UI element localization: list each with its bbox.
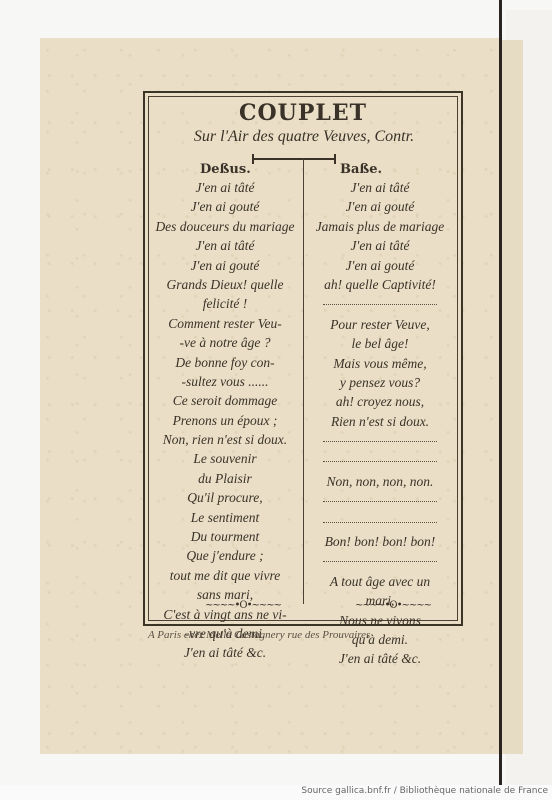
dotted-rest-line xyxy=(323,431,437,442)
dessus-line: tout me dit que vivre xyxy=(150,566,300,585)
dessus-line: Ce seroit dommage xyxy=(150,391,300,410)
dessus-line: Non, rien n'est si doux. xyxy=(150,430,300,449)
air-subtitle: Sur l'Air des quatre Veuves, Contr. xyxy=(150,128,458,146)
dessus-line: Grands Dieux! quelle xyxy=(150,275,300,294)
voice-bracket xyxy=(252,158,336,160)
basse-line: y pensez vous? xyxy=(305,373,455,392)
basse-line: Non, non, non, non. xyxy=(305,472,455,491)
ornament-left: ~~~~•O•~~~~ xyxy=(205,600,281,611)
column-divider xyxy=(303,159,304,604)
basse-line: ah! quelle Captivité! xyxy=(305,275,455,294)
dessus-column: J'en ai tâtéJ'en ai goutéDes douceurs du… xyxy=(150,178,300,663)
basse-line: J'en ai tâté xyxy=(305,236,455,255)
dessus-line: Le sentiment xyxy=(150,508,300,527)
dotted-rest-line xyxy=(323,294,437,305)
dessus-line: J'en ai tâté xyxy=(150,178,300,197)
basse-heading: Baße. xyxy=(340,162,382,177)
dotted-rest-line xyxy=(323,512,437,523)
dessus-line: du Plaisir xyxy=(150,469,300,488)
basse-line: J'en ai gouté xyxy=(305,256,455,275)
dessus-line: Du tourment xyxy=(150,527,300,546)
dessus-line: J'en ai tâté xyxy=(150,236,300,255)
dotted-rest-line xyxy=(323,451,437,462)
dessus-line: J'en ai gouté xyxy=(150,197,300,216)
basse-line: Pour rester Veuve, xyxy=(305,315,455,334)
basse-line: Mais vous même, xyxy=(305,354,455,373)
dessus-line: -sultez vous ...... xyxy=(150,372,300,391)
basse-line: ah! croyez nous, xyxy=(305,392,455,411)
binding-edge xyxy=(499,0,502,785)
dessus-line: Que j'endure ; xyxy=(150,546,300,565)
basse-line: J'en ai tâté &c. xyxy=(305,649,455,668)
basse-line: J'en ai tâté xyxy=(305,178,455,197)
dotted-rest-line xyxy=(323,551,437,562)
dotted-rest-line xyxy=(323,491,437,502)
dessus-line: Des douceurs du mariage xyxy=(150,217,300,236)
voice-bracket-left-tick xyxy=(252,154,254,164)
basse-line: A tout âge avec un xyxy=(305,572,455,591)
dessus-line: Qu'il procure, xyxy=(150,488,300,507)
basse-column: J'en ai tâtéJ'en ai goutéJamais plus de … xyxy=(305,178,455,669)
dessus-line: -ve à notre âge ? xyxy=(150,333,300,352)
ornament-right: ~~~~•O•~~~~ xyxy=(355,600,431,611)
dessus-heading: Deßus. xyxy=(200,162,251,177)
couplet-title: COUPLET xyxy=(148,100,458,126)
basse-line: Bon! bon! bon! bon! xyxy=(305,532,455,551)
basse-line: le bel âge! xyxy=(305,334,455,353)
dessus-line: J'en ai tâté &c. xyxy=(150,643,300,662)
dessus-line: Comment rester Veu- xyxy=(150,314,300,333)
basse-line: Jamais plus de mariage xyxy=(305,217,455,236)
dessus-line: Prenons un époux ; xyxy=(150,411,300,430)
dessus-line: De bonne foy con- xyxy=(150,353,300,372)
source-credit: Source gallica.bnf.fr / Bibliothèque nat… xyxy=(301,786,548,796)
voice-bracket-right-tick xyxy=(334,154,336,164)
page-gutter xyxy=(502,40,523,754)
basse-line: Rien n'est si doux. xyxy=(305,412,455,431)
dessus-line: J'en ai gouté xyxy=(150,256,300,275)
basse-line: Nous ne vivons xyxy=(305,611,455,630)
dessus-line: felicité ! xyxy=(150,294,300,313)
publisher-imprint: A Paris chez Melle Castagnery rue des Pr… xyxy=(148,629,478,641)
basse-line: J'en ai gouté xyxy=(305,197,455,216)
dessus-line: Le souvenir xyxy=(150,449,300,468)
